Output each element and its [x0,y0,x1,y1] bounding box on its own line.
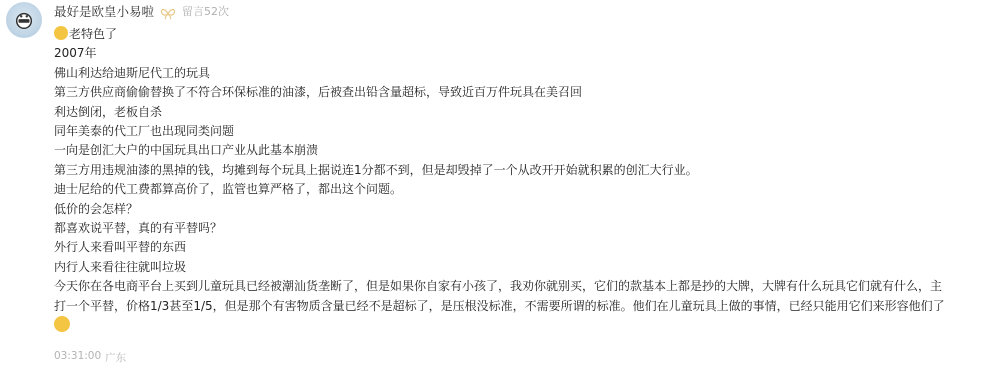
smile-emoji-icon [54,26,68,40]
comment-line: 一向是创汇大户的中国玩具出口产业从此基本崩溃 [54,141,990,160]
username[interactable]: 最好是欧皇小易啦 [54,2,154,20]
comment-line: 佛山利达给迪斯尼代工的玩具 [54,64,990,83]
grin-emoji-icon [54,316,70,332]
avatar-mascot-icon [13,9,35,31]
comment-header: 最好是欧皇小易啦 留言52次 [54,2,229,20]
comment-line: 第三方供应商偷偷替换了不符合环保标准的油漆，后被查出铅含量超标，导致近百万件玩具… [54,83,990,102]
comment-time: 03:31:00 [54,350,101,365]
comment-line: 第三方用违规油漆的黑掉的钱，均摊到每个玩具上据说连1分都不到，但是却毁掉了一个从… [54,161,990,180]
comment-line: 同年美泰的代工厂也出现同类问题 [54,122,990,141]
comment-line: 都喜欢说平替，真的有平替吗？ [54,219,990,238]
comment-line: 低价的会怎样？ [54,200,990,219]
comment-line: 内行人来看往往就叫垃圾 [54,258,990,277]
comment-line: 外行人来看叫平替的东西 [54,238,990,257]
comment-line: 打一个平替，价格1/3甚至1/5，但是那个有害物质含量已经不是超标了，是压根没标… [54,297,990,316]
comment-line: 今天你在各电商平台上买到儿童玩具已经被潮汕货垄断了，但是如果你自家有小孩了，我劝… [54,277,990,296]
comment-line: 利达倒闭，老板自杀 [54,103,990,122]
avatar[interactable] [6,2,42,38]
butterfly-badge-icon [160,5,176,17]
message-count: 留言52次 [182,3,229,19]
comment-line: 2007年 [54,44,990,63]
comment-footer: 03:31:00 广东 [54,350,126,365]
comment-location: 广东 [105,350,126,365]
comment-line: 迪士尼给的代工费都算高价了，监管也算严格了，都出这个问题。 [54,180,990,199]
comment-body: 老特色了 2007年 佛山利达给迪斯尼代工的玩具 第三方供应商偷偷替换了不符合环… [54,25,990,337]
comment-line: 老特色了 [54,25,990,44]
comment-line [54,316,990,336]
